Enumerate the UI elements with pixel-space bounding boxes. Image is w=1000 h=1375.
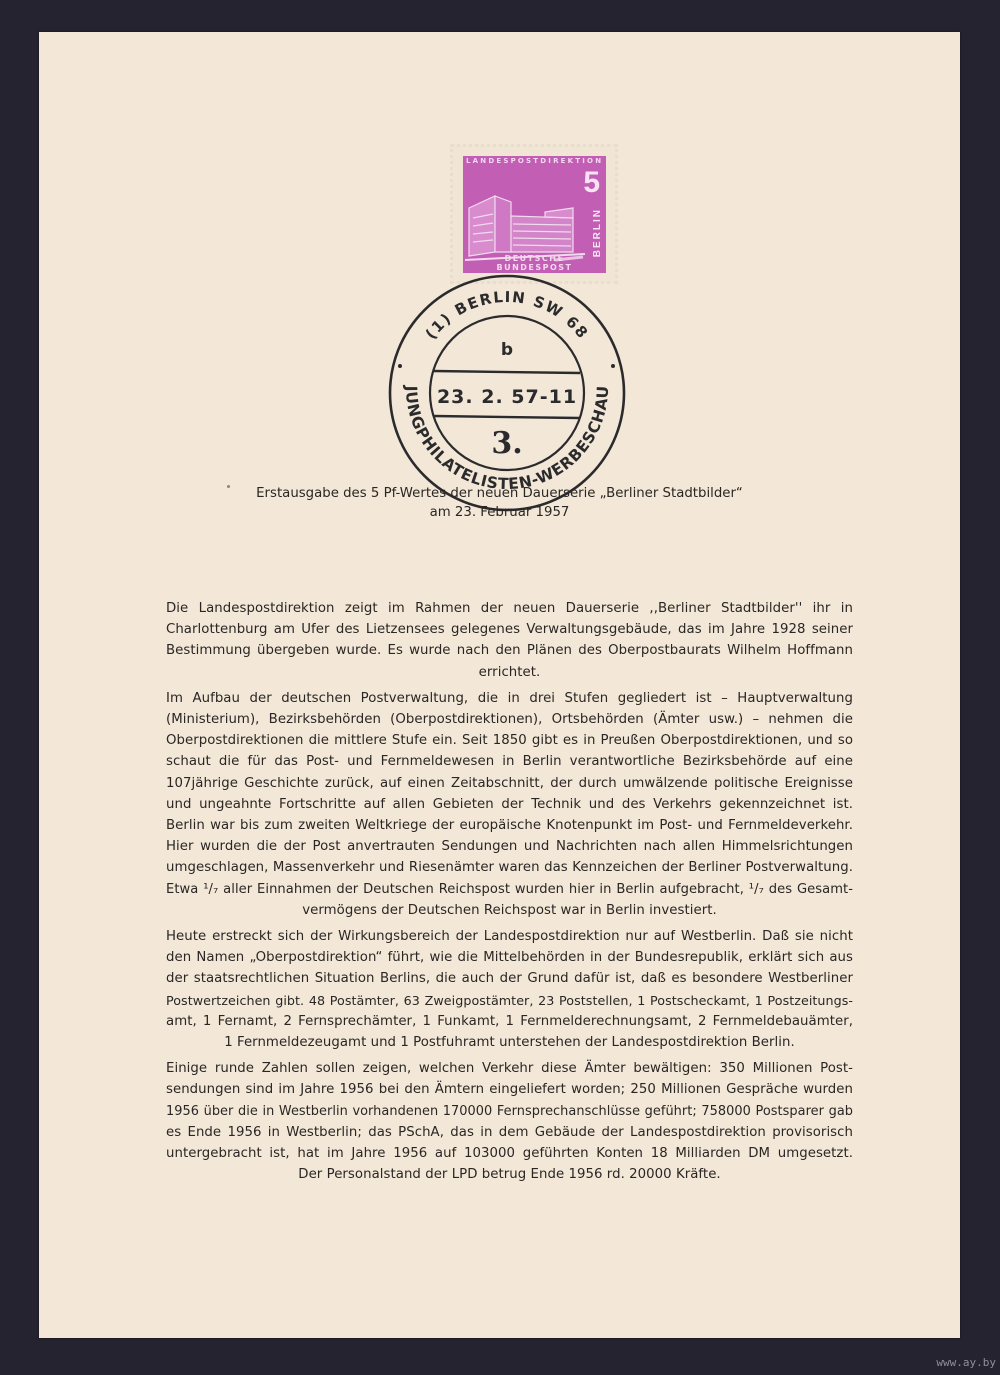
text-line: vermögens der Deutschen Reichspost war i…	[166, 900, 853, 921]
text-line: 1 Fernmeldezeugamt und 1 Postfuhramt unt…	[166, 1032, 853, 1053]
text-line: (Ministerium), Bezirksbehörden (Oberpost…	[166, 709, 853, 730]
text-line: amt, 1 Fernamt, 2 Fernsprechämter, 1 Fun…	[166, 1011, 853, 1032]
postage-stamp: LANDESPOSTDIREKTION	[450, 144, 618, 284]
text-line: Die Landespostdirektion zeigt im Rahmen …	[166, 598, 853, 619]
text-line: umgeschlagen, Massenverkehr und Riesenäm…	[166, 857, 853, 878]
caption-line-1: Erstausgabe des 5 Pf-Wertes der neuen Da…	[39, 484, 960, 503]
text-line: Oberpostdirektionen die mittlere Stufe e…	[166, 730, 853, 751]
text-line: Bestimmung übergeben wurde. Es wurde nac…	[166, 640, 853, 661]
text-line: den Namen „Oberpostdirektion“ führt, wie…	[166, 947, 853, 968]
text-line: Hier wurden die der Post anvertrauten Se…	[166, 836, 853, 857]
body-text: Die Landespostdirektion zeigt im Rahmen …	[166, 598, 853, 1190]
paragraph-building: Die Landespostdirektion zeigt im Rahmen …	[166, 598, 853, 683]
text-line: 1956 über die in Westberlin vorhandenen …	[166, 1101, 853, 1122]
text-line: Postwertzeichen gibt. 48 Postämter, 63 Z…	[166, 990, 853, 1011]
document-sheet: LANDESPOSTDIREKTION	[39, 32, 960, 1338]
watermark: www.ay.by	[936, 1356, 996, 1369]
paragraph-statistics: Einige runde Zahlen sollen zeigen, welch…	[166, 1058, 853, 1185]
postmark-date: 23. 2. 57-11	[437, 386, 577, 408]
text-line: schaut die für das Post- und Fernmeldewe…	[166, 751, 853, 772]
stamp-top-text: LANDESPOSTDIREKTION	[466, 157, 606, 165]
paragraph-history: Im Aufbau der deutschen Postverwaltung, …	[166, 688, 853, 921]
text-line: Einige runde Zahlen sollen zeigen, welch…	[166, 1058, 853, 1079]
building-icon	[465, 168, 585, 268]
text-line: Heute erstreckt sich der Wirkungsbereich…	[166, 926, 853, 947]
postmark-icon: (1) BERLIN SW 68 JUNGPHILATELISTEN-WERBE…	[384, 270, 630, 516]
text-line: Im Aufbau der deutschen Postverwaltung, …	[166, 688, 853, 709]
paragraph-present: Heute erstreckt sich der Wirkungsbereich…	[166, 926, 853, 1053]
postmark-number: 3.	[491, 426, 522, 461]
text-line: Berlin war bis zum zweiten Weltkriege de…	[166, 815, 853, 836]
text-line: Der Personalstand der LPD betrug Ende 19…	[166, 1164, 853, 1185]
postmark-cancellation: (1) BERLIN SW 68 JUNGPHILATELISTEN-WERBE…	[384, 270, 630, 516]
stamp-city: BERLIN	[592, 208, 603, 257]
text-line: Charlottenburg am Ufer des Lietzensees g…	[166, 619, 853, 640]
text-line: Etwa ¹/₇ aller Einnahmen der Deutschen R…	[166, 879, 853, 900]
stamp-design: LANDESPOSTDIREKTION	[463, 156, 606, 273]
text-line: und ungeahnte Fortschritte auf allen Geb…	[166, 794, 853, 815]
postmark-letter: b	[501, 340, 513, 360]
caption-line-2: am 23. Februar 1957	[39, 503, 960, 522]
text-line: sendungen sind im Jahre 1956 bei den Ämt…	[166, 1079, 853, 1100]
issue-caption: Erstausgabe des 5 Pf-Wertes der neuen Da…	[39, 484, 960, 522]
stamp-value: 5	[583, 166, 600, 200]
text-line: 107jährige Geschichte zurück, auf einen …	[166, 773, 853, 794]
text-line: der staatsrechtlichen Situation Berlins,…	[166, 968, 853, 989]
text-line: errichtet.	[166, 662, 853, 683]
text-line: untergebracht ist, hat im Jahre 1956 auf…	[166, 1143, 853, 1164]
text-line: es Ende 1956 in Westberlin; das PSchA, d…	[166, 1122, 853, 1143]
